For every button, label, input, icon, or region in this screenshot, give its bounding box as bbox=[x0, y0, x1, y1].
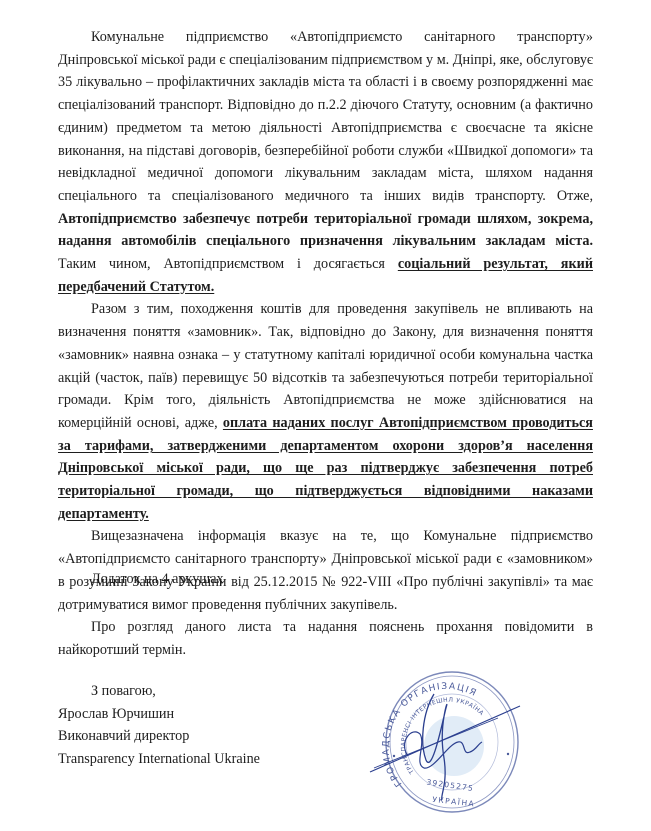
paragraph-1: Комунальне підприємство «Автопідприємсто… bbox=[58, 26, 593, 298]
signatory-name: Ярослав Юрчишин bbox=[58, 703, 260, 726]
paragraph-2-text-1: Разом з тим, походження коштів для прове… bbox=[58, 301, 593, 431]
paragraph-4-text: Про розгляд даного листа та надання пояс… bbox=[58, 619, 593, 658]
paragraph-2: Разом з тим, походження коштів для прове… bbox=[58, 298, 593, 525]
signatory-organization: Transparency International Ukraine bbox=[58, 748, 260, 771]
signatory-position: Виконавчий директор bbox=[58, 725, 260, 748]
paragraph-1-text-1: Комунальне підприємство «Автопідприємсто… bbox=[58, 29, 593, 204]
stamp-code: 39205275 bbox=[426, 777, 475, 793]
signature-greeting: З повагою, bbox=[58, 680, 260, 703]
paragraph-1-text-2: Таким чином, Автопідприємством і досягає… bbox=[58, 256, 398, 272]
stamp-and-signature-icon: ГРОМАДСЬКА ОРГАНІЗАЦІЯ ТРАНСПАРЕНСІ ІНТЕ… bbox=[362, 664, 530, 824]
document-page: Комунальне підприємство «Автопідприємсто… bbox=[0, 0, 651, 831]
signature-block: З повагою, Ярослав Юрчишин Виконавчий ди… bbox=[58, 680, 260, 771]
paragraph-4: Про розгляд даного листа та надання пояс… bbox=[58, 616, 593, 661]
attachment-note: Додаток на 4 аркушах bbox=[91, 571, 224, 588]
letter-body: Комунальне підприємство «Автопідприємсто… bbox=[58, 26, 593, 662]
paragraph-1-bold-claim: Автопідприємство забезпечує потреби тери… bbox=[58, 211, 593, 250]
